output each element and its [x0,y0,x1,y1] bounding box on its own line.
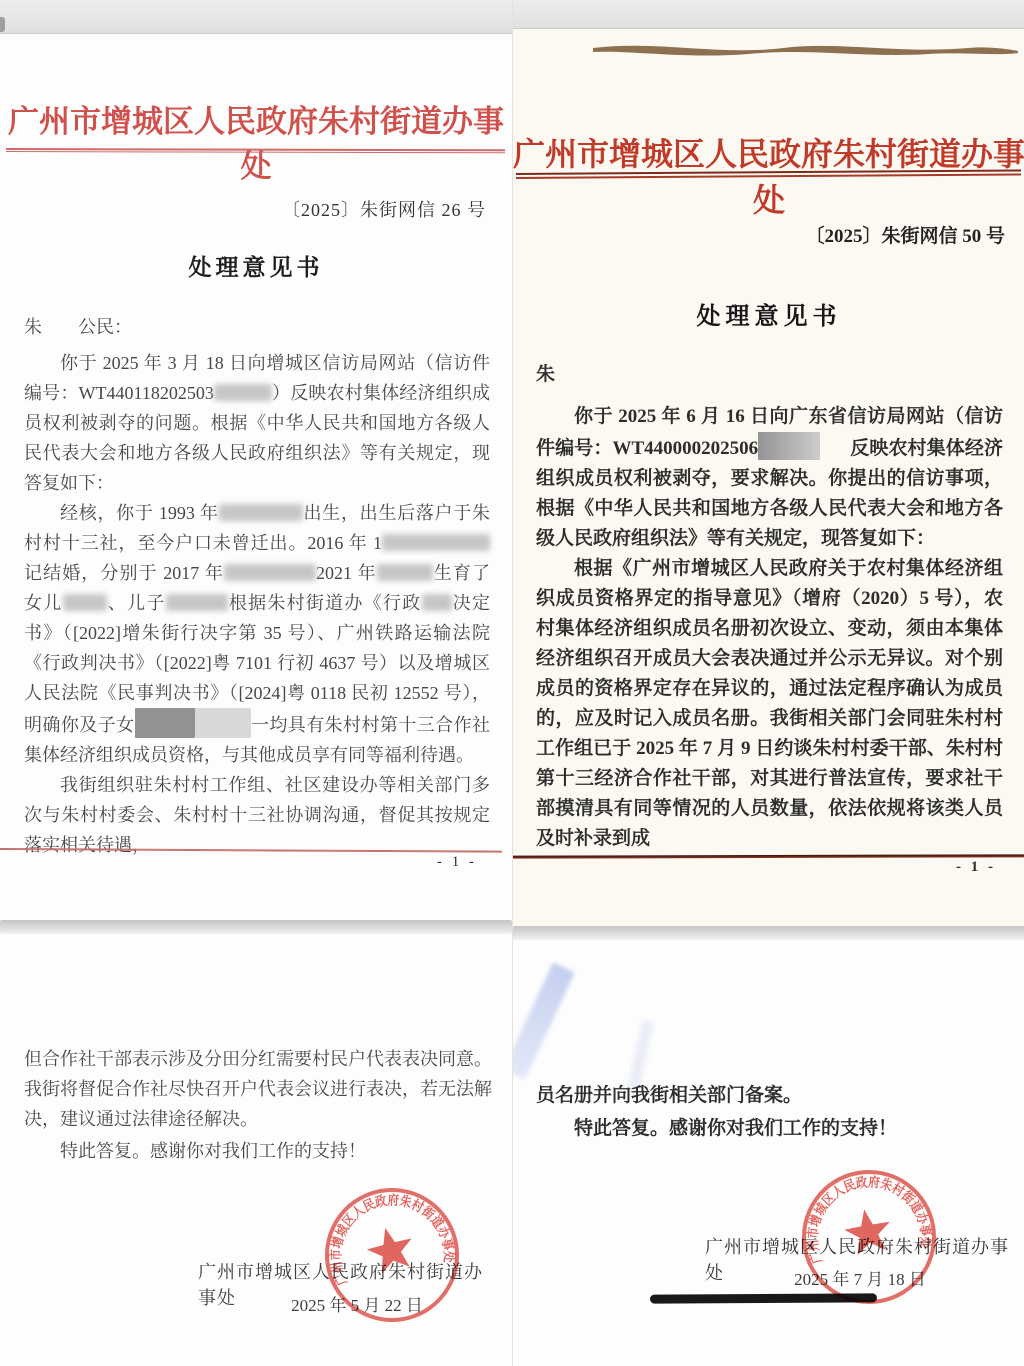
official-seal: 广州市增城区人民政府朱村街道办事处 ······· [788,1156,950,1318]
redaction-blur [224,564,316,581]
salutation: 朱 [536,360,1003,390]
paragraph: 员名册并向我街相关部门备案。 [536,1080,1003,1111]
paragraph: 根据《广州市增城区人民政府关于农村集体经济组织成员资格界定的指导意见》（增府（2… [536,554,1003,854]
paragraph: 但合作社干部表示涉及分田分红需要村民户代表表决同意。我街将督促合作社尽快召开户代… [24,1044,492,1134]
redaction-block-dark [135,708,195,738]
redaction-block-light [195,708,251,738]
seal-code-dots: ······· [397,1295,410,1303]
scan-divider [0,920,512,934]
redaction-blur [382,534,490,551]
paragraph: 你于 2025 年 3 月 18 日向增城区信访局网站（信访件编号：WT4401… [24,348,490,498]
document-body-page2: 但合作社干部表示涉及分田分红需要村民户代表表决同意。我街将督促合作社尽快召开户代… [24,1044,492,1166]
redaction-blur [219,504,303,521]
document-number: 〔2025〕朱街网信 50 号 [513,221,1005,248]
redaction-blur [166,594,228,611]
document-body: 朱 你于 2025 年 6 月 16 日向广东省信访局网站（信访件编号：WT44… [536,360,1003,854]
seal-code-dots: ······· [871,1278,884,1285]
scan-shadow-streak [568,36,1023,68]
closing-line: 特此答复。感谢你对我们工作的支持！ [536,1113,1003,1144]
scan-top-band [0,0,512,34]
redaction-blur [422,594,452,611]
redaction-blur [63,594,107,611]
paragraph: 经核，你于 1993 年出生，出生后落户于朱村村十三社，至今户口未曾迁出。201… [24,498,490,770]
page-number: - 1 - [424,854,490,871]
scan-crease-mark [512,962,575,1079]
scan-top-band [513,0,1024,29]
document-body: 朱 公民： 你于 2025 年 3 月 18 日向增城区信访局网站（信访件编号：… [24,312,490,860]
document-title: 处理意见书 [513,296,1024,331]
seal-star-icon [363,1222,418,1275]
document-title: 处理意见书 [0,249,512,282]
document-number: 〔2025〕朱街网信 26 号 [0,196,486,222]
page-number: - 1 - [943,859,1009,876]
agency-letterhead: 广州市增城区人民政府朱村街道办事处 [0,96,512,186]
right-document-scan: 广州市增城区人民政府朱村街道办事处 〔2025〕朱街网信 50 号 处理意见书 … [512,0,1024,1366]
document-body-page2: 员名册并向我街相关部门备案。 特此答复。感谢你对我们工作的支持！ [536,1080,1003,1144]
paragraph: 你于 2025 年 6 月 16 日向广东省信访局网站（信访件编号：WT4400… [536,402,1003,554]
scan-divider [513,926,1024,940]
closing-line: 特此答复。感谢你对我们工作的支持！ [24,1136,492,1166]
redaction-blur [377,564,433,581]
salutation: 朱 公民： [24,312,490,342]
paragraph: 我街组织驻朱村村工作组、社区建设办等相关部门多次与朱村村委会、朱村村十三社协调沟… [24,770,490,860]
redaction-blur [214,384,272,401]
scan-edge-mark [0,17,5,32]
scanned-documents-page: 广州市增城区人民政府朱村街道办事处 〔2025〕朱街网信 26 号 处理意见书 … [0,0,1024,1366]
redaction-block [758,432,820,460]
seal-star-icon [841,1205,894,1256]
left-document-scan: 广州市增城区人民政府朱村街道办事处 〔2025〕朱街网信 26 号 处理意见书 … [0,0,512,1366]
